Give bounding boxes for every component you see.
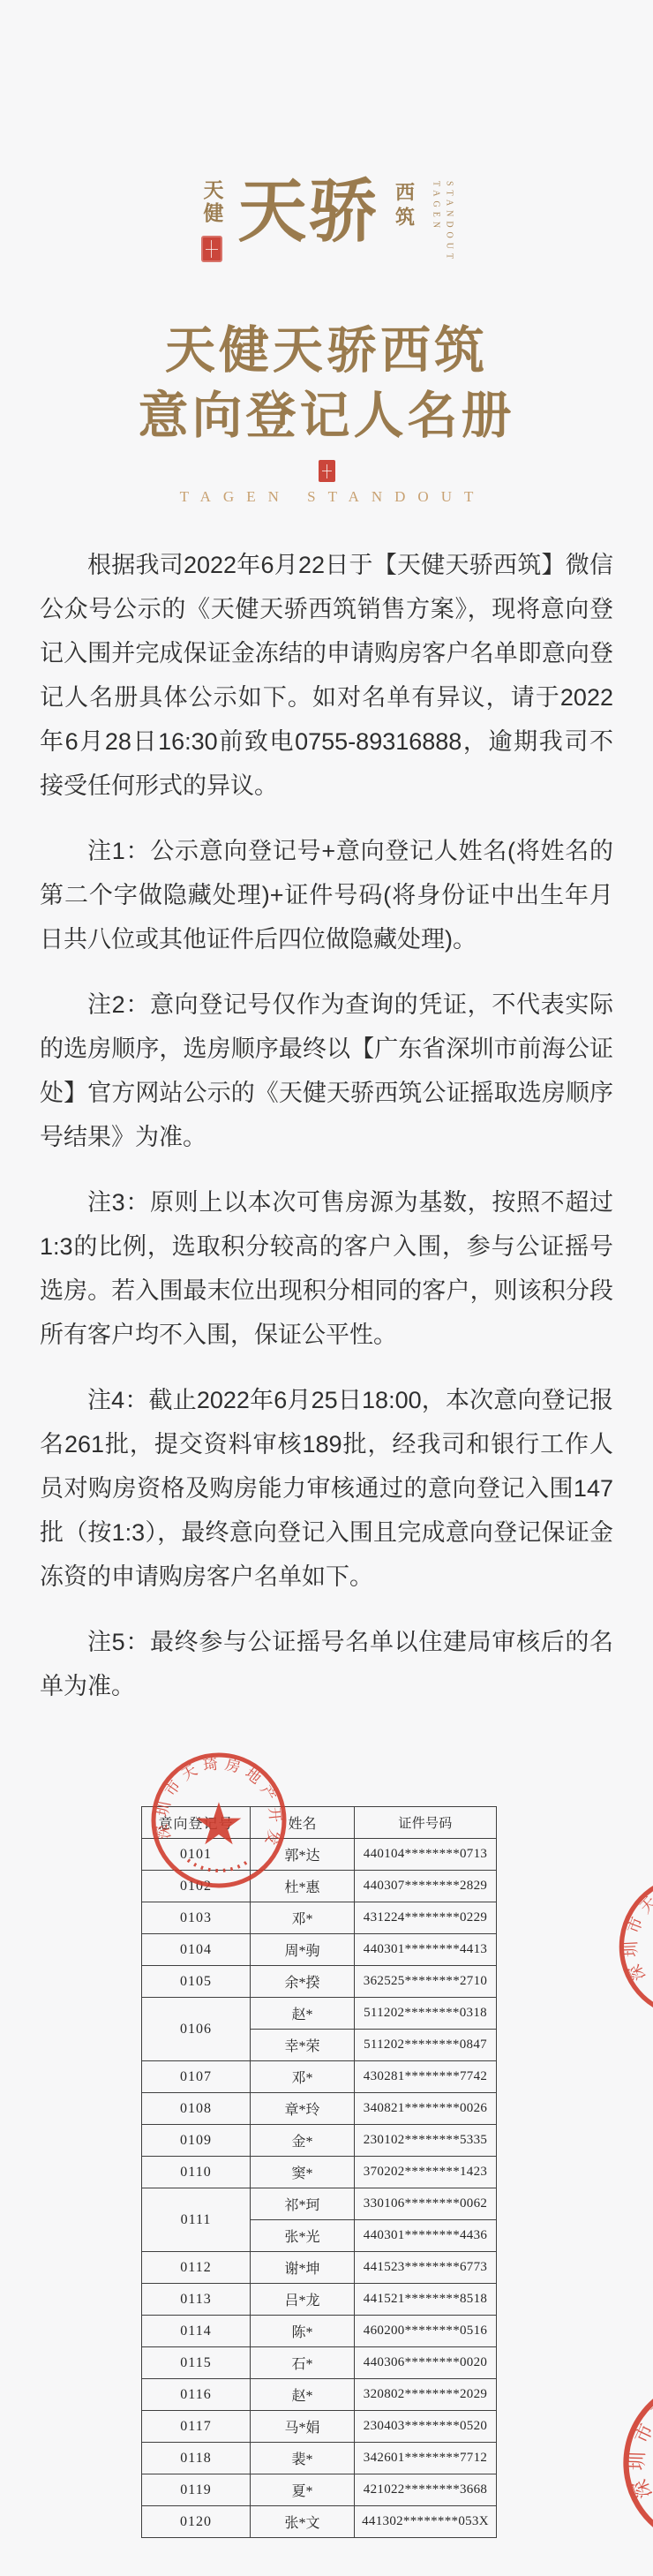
name-cell: 幸*荣 — [251, 2030, 355, 2061]
name-cell: 邓* — [251, 1902, 355, 1934]
name-cell: 张*光 — [251, 2220, 355, 2252]
logo-en-word1: TAGEN — [430, 181, 443, 262]
header-id-number: 证件号码 — [355, 1807, 497, 1839]
id-number-cell: 440307********2829 — [355, 1871, 497, 1902]
name-cell: 章*玲 — [251, 2093, 355, 2125]
paragraph-intro: 根据我司2022年6月22日于【天健天骄西筑】微信公众号公示的《天健天骄西筑销售… — [40, 543, 613, 808]
company-stamp-edge: 深圳市天琦房地产开发有限公司 ★ — [600, 1856, 653, 2037]
id-number-cell: 230403********0520 — [355, 2411, 497, 2443]
id-number-cell: 370202********1423 — [355, 2157, 497, 2188]
registration-no-cell: 0111 — [142, 2188, 251, 2252]
id-number-cell: 362525********2710 — [355, 1966, 497, 1998]
title-en-subtitle: TAGEN STANDOUT — [0, 488, 653, 506]
id-number-cell: 441302********053X — [355, 2506, 497, 2538]
name-cell: 裴* — [251, 2443, 355, 2474]
name-cell: 夏* — [251, 2474, 355, 2506]
logo-left-column: 天健 — [197, 179, 226, 262]
id-number-cell: 440104********0713 — [355, 1839, 497, 1871]
table-row: 0112谢*坤441523********6773 — [142, 2252, 497, 2284]
table-row: 0117马*娟230403********0520 — [142, 2411, 497, 2443]
id-number-cell: 230102********5335 — [355, 2125, 497, 2157]
id-number-cell: 511202********0847 — [355, 2030, 497, 2061]
table-row: 0119夏*421022********3668 — [142, 2474, 497, 2506]
table-row: 0115石*440306********0020 — [142, 2347, 497, 2379]
table-row: 0104周*驹440301********4413 — [142, 1934, 497, 1966]
page-title-line2: 意向登记人名册 — [0, 383, 653, 448]
id-number-cell: 340821********0026 — [355, 2093, 497, 2125]
logo-tianjiao-text: 天骄 — [237, 174, 379, 250]
registration-no-cell: 0113 — [142, 2284, 251, 2316]
table-row: 0109金*230102********5335 — [142, 2125, 497, 2157]
table-row: 0114陈*460200********0516 — [142, 2316, 497, 2347]
registration-no-cell: 0108 — [142, 2093, 251, 2125]
paragraph-note2: 注2：意向登记号仅作为查询的凭证，不代表实际的选房顺序，选房顺序最终以【广东省深… — [40, 983, 613, 1159]
table-row: 0113吕*龙441521********8518 — [142, 2284, 497, 2316]
table-header-row: 意向登记号 姓名 证件号码 — [142, 1807, 497, 1839]
registration-no-cell: 0119 — [142, 2474, 251, 2506]
registration-no-cell: 0102 — [142, 1871, 251, 1902]
registration-table-body: 0101郭*达440104********07130102杜*惠440307**… — [142, 1839, 497, 2538]
body-text: 根据我司2022年6月22日于【天健天骄西筑】微信公众号公示的《天健天骄西筑销售… — [40, 543, 613, 1729]
name-cell: 赵* — [251, 1998, 355, 2030]
id-number-cell: 430281********7742 — [355, 2061, 497, 2093]
name-cell: 石* — [251, 2347, 355, 2379]
registration-no-cell: 0104 — [142, 1934, 251, 1966]
registration-no-cell: 0114 — [142, 2316, 251, 2347]
table-row: 0120张*文441302********053X — [142, 2506, 497, 2538]
registration-no-cell: 0118 — [142, 2443, 251, 2474]
header-registration-no: 意向登记号 — [142, 1807, 251, 1839]
logo-seal-icon — [201, 236, 222, 262]
name-cell: 祁*珂 — [251, 2188, 355, 2220]
registration-table: 意向登记号 姓名 证件号码 0101郭*达440104********07130… — [141, 1806, 497, 2538]
registration-no-cell: 0101 — [142, 1839, 251, 1871]
id-number-cell: 330106********0062 — [355, 2188, 497, 2220]
registration-no-cell: 0115 — [142, 2347, 251, 2379]
id-number-cell: 421022********3668 — [355, 2474, 497, 2506]
name-cell: 张*文 — [251, 2506, 355, 2538]
id-number-cell: 440301********4413 — [355, 1934, 497, 1966]
svg-text:深圳市天琦房地产开发有限公司: 深圳市天琦房地产开发有限公司 — [605, 2361, 653, 2512]
id-number-cell: 440301********4436 — [355, 2220, 497, 2252]
name-cell: 谢*坤 — [251, 2252, 355, 2284]
brand-logo: 天健 天骄 西筑 TAGEN STANDOUT — [0, 179, 653, 262]
name-cell: 陈* — [251, 2316, 355, 2347]
table-row: 0103邓*431224********0229 — [142, 1902, 497, 1934]
id-number-cell: 441523********6773 — [355, 2252, 497, 2284]
id-number-cell: 441521********8518 — [355, 2284, 497, 2316]
registration-no-cell: 0120 — [142, 2506, 251, 2538]
table-row: 0108章*玲340821********0026 — [142, 2093, 497, 2125]
name-cell: 周*驹 — [251, 1934, 355, 1966]
table-row: 0118裴*342601********7712 — [142, 2443, 497, 2474]
name-cell: 杜*惠 — [251, 1871, 355, 1902]
logo-en-vertical-text: TAGEN STANDOUT — [430, 181, 456, 262]
id-number-cell: 342601********7712 — [355, 2443, 497, 2474]
logo-tianjian-text: 天健 — [197, 179, 226, 225]
name-cell: 马*娟 — [251, 2411, 355, 2443]
page-title: 天健天骄西筑 意向登记人名册 — [0, 318, 653, 448]
id-number-cell: 460200********0516 — [355, 2316, 497, 2347]
table-row: 0105余*揆362525********2710 — [142, 1966, 497, 1998]
registration-no-cell: 0103 — [142, 1902, 251, 1934]
registration-no-cell: 0112 — [142, 2252, 251, 2284]
id-number-cell: 511202********0318 — [355, 1998, 497, 2030]
registration-no-cell: 0116 — [142, 2379, 251, 2411]
name-cell: 郭*达 — [251, 1839, 355, 1871]
table-row: 0110窦*370202********1423 — [142, 2157, 497, 2188]
stamp-company-text: 深圳市天琦房地产开发有限公司 — [605, 2361, 653, 2512]
table-row: 0107邓*430281********7742 — [142, 2061, 497, 2093]
document-page: 天健 天骄 西筑 TAGEN STANDOUT 天健天骄西筑 意向登记人名册 T… — [0, 0, 653, 2576]
paragraph-note3: 注3：原则上以本次可售房源为基数，按照不超过1:3的比例，选取积分较高的客户入围… — [40, 1180, 613, 1357]
table-row: 0111祁*珂330106********0062 — [142, 2188, 497, 2220]
id-number-cell: 431224********0229 — [355, 1902, 497, 1934]
svg-text:深圳市天琦房地产开发有限公司: 深圳市天琦房地产开发有限公司 — [600, 1856, 653, 1994]
registration-no-cell: 0106 — [142, 1998, 251, 2061]
id-number-cell: 440306********0020 — [355, 2347, 497, 2379]
name-cell: 赵* — [251, 2379, 355, 2411]
title-seal-icon — [319, 460, 335, 482]
registration-no-cell: 0117 — [142, 2411, 251, 2443]
registration-no-cell: 0110 — [142, 2157, 251, 2188]
paragraph-note4: 注4：截止2022年6月25日18:00，本次意向登记报名261批，提交资料审核… — [40, 1378, 613, 1599]
paragraph-note5: 注5：最终参与公证摇号名单以住建局审核后的名单为准。 — [40, 1620, 613, 1708]
page-title-line1: 天健天骄西筑 — [0, 318, 653, 383]
name-cell: 窦* — [251, 2157, 355, 2188]
registration-no-cell: 0107 — [142, 2061, 251, 2093]
name-cell: 余*揆 — [251, 1966, 355, 1998]
logo-en-word2: STANDOUT — [443, 181, 456, 262]
stamp-company-text: 深圳市天琦房地产开发有限公司 — [600, 1856, 653, 1994]
name-cell: 金* — [251, 2125, 355, 2157]
id-number-cell: 320802********2029 — [355, 2379, 497, 2411]
logo-xizhu-text: 西筑 — [391, 182, 418, 231]
name-cell: 邓* — [251, 2061, 355, 2093]
header-name: 姓名 — [251, 1807, 355, 1839]
paragraph-note1: 注1：公示意向登记号+意向登记人姓名(将姓名的第二个字做隐藏处理)+证件号码(将… — [40, 829, 613, 961]
company-stamp-edge: 深圳市天琦房地产开发有限公司 ★ — [605, 2361, 653, 2565]
registration-no-cell: 0105 — [142, 1966, 251, 1998]
table-row: 0101郭*达440104********0713 — [142, 1839, 497, 1871]
registration-no-cell: 0109 — [142, 2125, 251, 2157]
name-cell: 吕*龙 — [251, 2284, 355, 2316]
table-row: 0102杜*惠440307********2829 — [142, 1871, 497, 1902]
registration-table-wrap: 意向登记号 姓名 证件号码 0101郭*达440104********07130… — [141, 1806, 497, 2538]
table-row: 0116赵*320802********2029 — [142, 2379, 497, 2411]
table-row: 0106赵*511202********0318 — [142, 1998, 497, 2030]
